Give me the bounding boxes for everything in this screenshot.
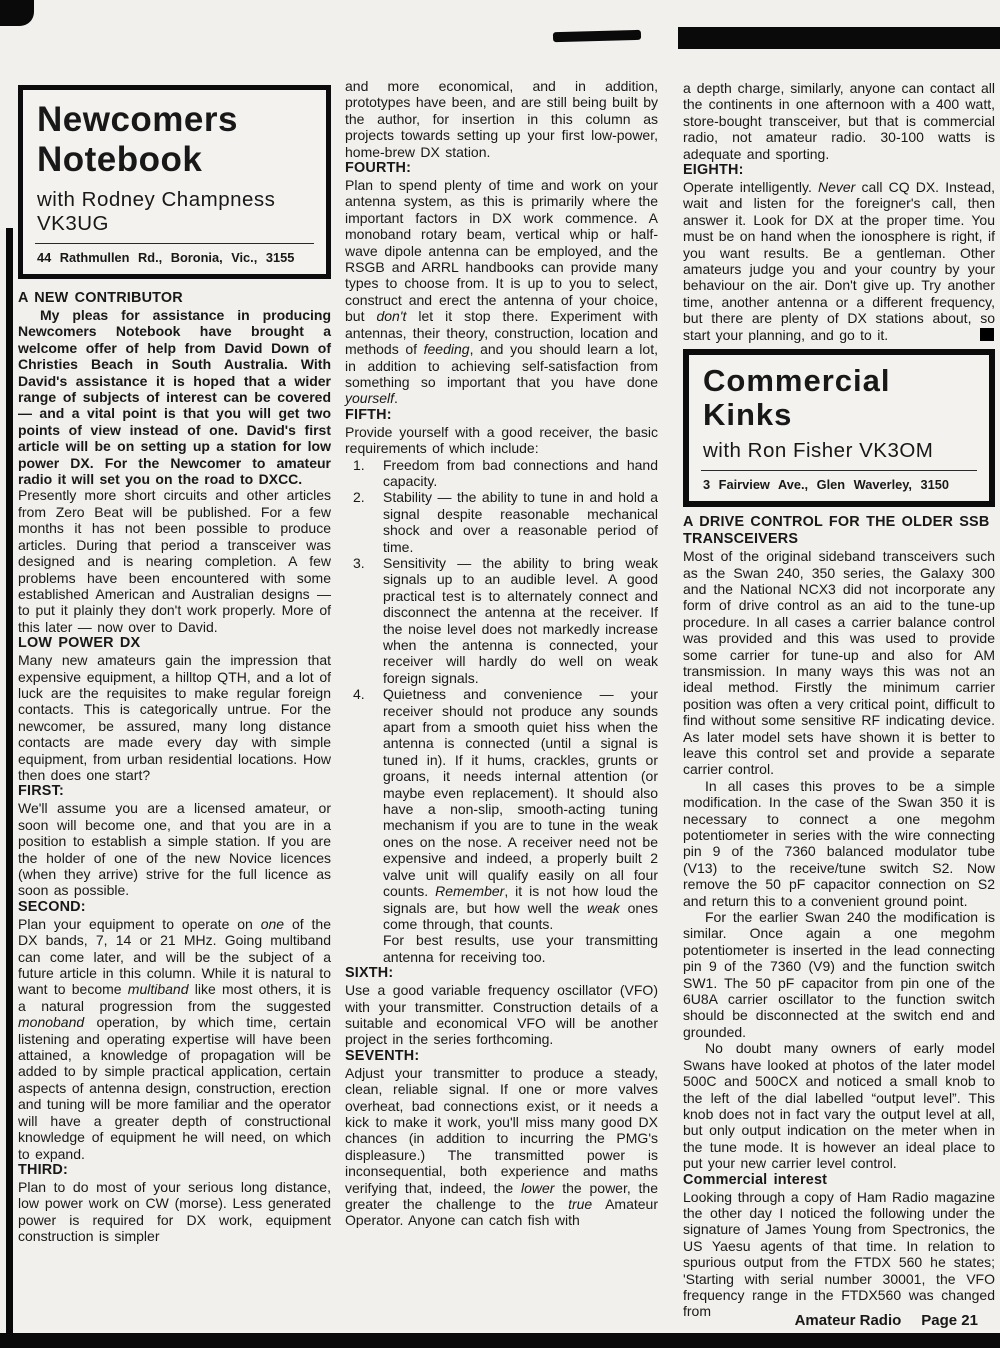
section-heading: THIRD: <box>18 1162 331 1179</box>
list-number: 1. <box>353 457 365 473</box>
column-title-line1: Newcomers <box>37 100 314 140</box>
paragraph: Presently more short circuits and other … <box>18 487 331 635</box>
column-3: a depth charge, similarly, anyone can co… <box>683 80 995 1320</box>
paragraph: Use a good variable frequency oscillator… <box>345 982 658 1048</box>
list-number: 4. <box>353 686 365 702</box>
author-byline: with Rodney Champness VK3UG <box>35 186 314 244</box>
note-text: For best results, use your transmitting … <box>383 932 658 964</box>
newcomers-notebook-header-box: Newcomers Notebook with Rodney Champness… <box>18 85 331 279</box>
scan-artifact-top-left <box>0 0 34 26</box>
commercial-kinks-header-box: Commercial Kinks with Ron Fisher VK3OM 3… <box>683 349 995 507</box>
page-number: Page 21 <box>921 1312 978 1329</box>
article-heading: A DRIVE CONTROL FOR THE OLDER SSB TRANSC… <box>683 514 995 548</box>
end-of-article-marker-icon <box>980 328 994 341</box>
paragraph: Operate intelligently. Never call CQ DX.… <box>683 179 995 343</box>
section-heading: FIRST: <box>18 783 331 800</box>
scan-artifact-top-right-bar <box>678 27 1000 49</box>
author-address: 3 Fairview Ave., Glen Waverley, 3150 <box>701 471 977 494</box>
column-title: Newcomers Notebook <box>37 100 314 180</box>
section-heading: EIGHTH: <box>683 162 995 179</box>
column-title-line2: Notebook <box>37 140 314 180</box>
paragraph: My pleas for assistance in producing New… <box>18 307 331 487</box>
list-item-text: Freedom from bad connections and hand ca… <box>383 457 658 489</box>
paragraph: Most of the original sideband transceive… <box>683 548 995 778</box>
paragraph: Looking through a copy of Ham Radio maga… <box>683 1189 995 1320</box>
section-heading: SEVENTH: <box>345 1048 658 1065</box>
list-item-text: Quietness and convenience — your receive… <box>383 686 658 932</box>
magazine-page: Newcomers Notebook with Rodney Champness… <box>0 0 1000 1348</box>
paragraph: No doubt many owners of early model Swan… <box>683 1040 995 1171</box>
column-2: and more economical, and in addition, pr… <box>345 78 658 1229</box>
paragraph: a depth charge, similarly, anyone can co… <box>683 80 995 162</box>
column-title: Commercial Kinks <box>703 364 977 432</box>
paragraph: Provide yourself with a good receiver, t… <box>345 424 658 457</box>
column-1: Newcomers Notebook with Rodney Champness… <box>18 85 331 1245</box>
scan-artifact-bottom-bar <box>0 1333 1000 1348</box>
list-number: 2. <box>353 489 365 505</box>
section-heading: LOW POWER DX <box>18 635 331 652</box>
list-item: 1. Freedom from bad connections and hand… <box>345 457 658 490</box>
author-address: 44 Rathmullen Rd., Boronia, Vic., 3155 <box>35 244 314 267</box>
paragraph: Adjust your transmitter to produce a ste… <box>345 1065 658 1229</box>
list-number: 3. <box>353 555 365 571</box>
paragraph: Many new amateurs gain the impression th… <box>18 652 331 783</box>
paragraph: Plan to do most of your serious long dis… <box>18 1179 331 1245</box>
scan-artifact-left-strip <box>6 228 13 1340</box>
list-item: 4. Quietness and convenience — your rece… <box>345 686 658 932</box>
scan-artifact-top-smudge <box>553 30 641 42</box>
note-paragraph: For best results, use your transmitting … <box>345 932 658 965</box>
list-item: 2. Stability — the ability to tune in an… <box>345 489 658 555</box>
paragraph: and more economical, and in addition, pr… <box>345 78 658 160</box>
subsection-heading: Commercial interest <box>683 1172 995 1189</box>
paragraph: Plan your equipment to operate on one of… <box>18 916 331 1162</box>
section-heading: FIFTH: <box>345 407 658 424</box>
section-heading: SECOND: <box>18 899 331 916</box>
paragraph: For the earlier Swan 240 the modificatio… <box>683 909 995 1040</box>
paragraph-text: Operate intelligently. Never call CQ DX.… <box>683 179 995 343</box>
author-byline: with Ron Fisher VK3OM <box>701 437 977 471</box>
magazine-name: Amateur Radio <box>795 1312 902 1329</box>
page-footer: Amateur Radio Page 21 <box>795 1312 978 1329</box>
paragraph: In all cases this proves to be a simple … <box>683 778 995 909</box>
list-item-text: Sensitivity — the ability to bring weak … <box>383 555 658 686</box>
paragraph: We'll assume you are a licensed amateur,… <box>18 800 331 898</box>
section-heading: A NEW CONTRIBUTOR <box>18 290 331 307</box>
list-item-text: Stability — the ability to tune in and h… <box>383 489 658 554</box>
list-item: 3. Sensitivity — the ability to bring we… <box>345 555 658 686</box>
paragraph: Plan to spend plenty of time and work on… <box>345 177 658 407</box>
section-heading: SIXTH: <box>345 965 658 982</box>
section-heading: FOURTH: <box>345 160 658 177</box>
